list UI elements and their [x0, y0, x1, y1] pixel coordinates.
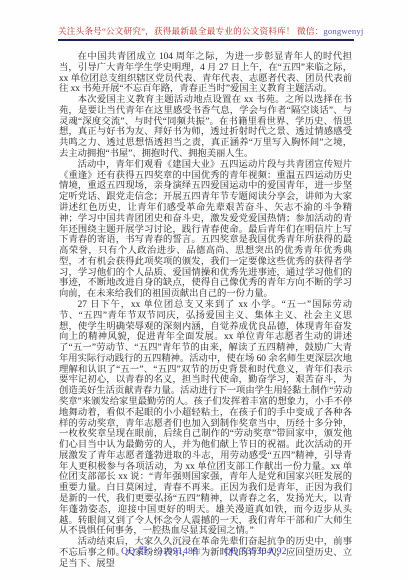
- paragraph-activity-afternoon: 27 日下午，xx 单位团总支又来到了 xx 小学。“五一”国际劳动节、“五四”…: [59, 300, 352, 537]
- paragraph-activity-morning: 活动中，青年们观看《建国大业》五四运动片段与共青团宣传短片《重逢》还有获得五四奖…: [59, 160, 352, 300]
- document-body: 在中国共青团成立 104 周年之际，为进一步彰显青年人的时代担当，引导广大青年学…: [59, 52, 352, 570]
- header-wechat-label: 微信：: [297, 26, 323, 36]
- paragraph-intro: 在中国共青团成立 104 周年之际，为进一步彰显青年人的时代担当，引导广大青年学…: [59, 52, 352, 95]
- document-page: 关注头条号“公文研究”，获得最新最全最专业的公文资料库！ 微信：gongweny…: [0, 0, 408, 580]
- header-wechat-id: gongwenyj: [323, 26, 363, 36]
- qq-group-number: QQ 群：31991489: [121, 547, 198, 557]
- header-banner: 关注头条号“公文研究”，获得最新最全最专业的公文资料库！ 微信：gongweny…: [58, 26, 354, 41]
- qq-number: QQ:535304092: [224, 547, 287, 557]
- header-notice-text: 关注头条号“公文研究”，获得最新最全最专业的公文资料库！: [58, 26, 297, 36]
- footer-contact: QQ 群：31991489QQ:535304092: [0, 543, 408, 557]
- paragraph-location: 本次爱国主义教育主题活动地点设置在 xx 书苑。之所以选择在书苑，是要让当代青年…: [59, 95, 352, 160]
